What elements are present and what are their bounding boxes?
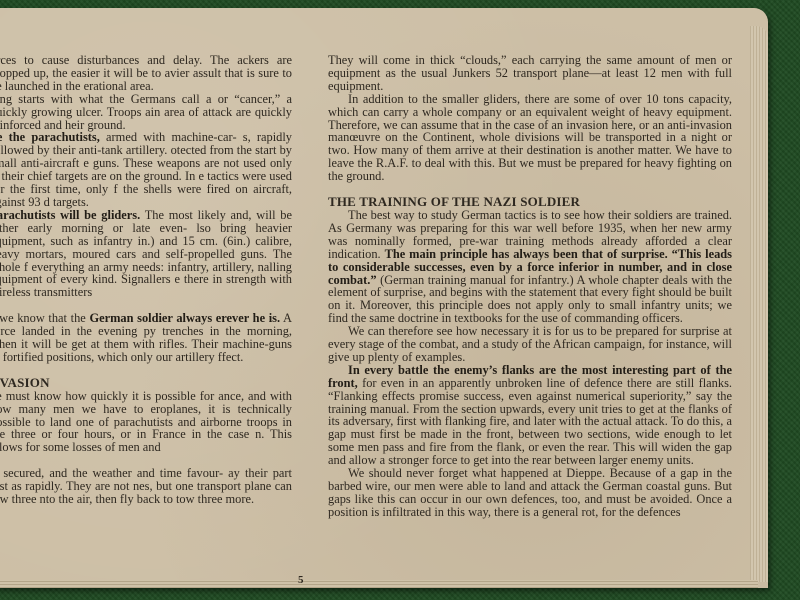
page-edges — [750, 26, 768, 582]
paragraph: They will come in thick “clouds,” each c… — [328, 54, 732, 93]
paragraph: The best way to study German tactics is … — [328, 209, 732, 325]
paragraph: is secured, and the weather and time fav… — [0, 467, 292, 506]
paragraph: he the parachutists, armed with machine-… — [0, 131, 292, 208]
page-number: 5 — [298, 574, 304, 586]
paragraph: In addition to the smaller gliders, ther… — [328, 93, 732, 183]
paragraph: We can therefore see how necessary it is… — [328, 325, 732, 364]
bottom-page-edge — [0, 580, 758, 588]
right-page-text: They will come in thick “clouds,” each c… — [328, 54, 732, 519]
paragraph: e we know that the German soldier always… — [0, 312, 292, 364]
paragraph: In every battle the enemy’s flanks are t… — [328, 364, 732, 467]
left-page-text: orces to cause disturbances and delay. T… — [0, 54, 292, 506]
section-heading: NVASION — [0, 377, 292, 390]
open-booklet: orces to cause disturbances and delay. T… — [0, 8, 768, 588]
paragraph: orces to cause disturbances and delay. T… — [0, 54, 292, 93]
paragraph: We should never forget what happened at … — [328, 467, 732, 519]
paragraph: ve must know how quickly it is possible … — [0, 390, 292, 455]
paragraph: ning starts with what the Germans call a… — [0, 93, 292, 132]
paragraph: parachutists will be gliders. The most l… — [0, 209, 292, 299]
